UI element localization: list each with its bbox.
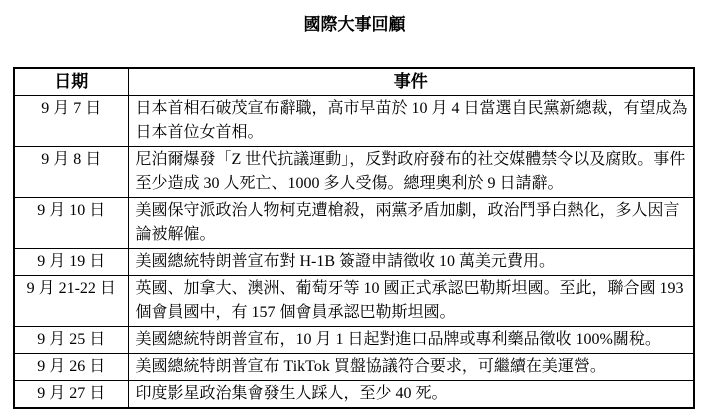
event-description: 尼泊爾爆發「Z 世代抗議運動」，反對政府發布的社交媒體禁令以及腐敗。事件至少造成… [128, 147, 694, 198]
header-row: 日期 事件 [14, 68, 694, 96]
table-row: 9 月 19 日 美國總統特朗普宣布對 H-1B 簽證申請徵收 10 萬美元費用… [14, 249, 694, 276]
event-date: 9 月 26 日 [14, 354, 128, 381]
table-row: 9 月 25 日 美國總統特朗普宣布，10 月 1 日起對進口品牌或專利藥品徵收… [14, 327, 694, 354]
event-description: 美國總統特朗普宣布，10 月 1 日起對進口品牌或專利藥品徵收 100%關稅。 [128, 327, 694, 354]
event-date: 9 月 8 日 [14, 147, 128, 198]
event-date: 9 月 25 日 [14, 327, 128, 354]
page-title: 國際大事回顧 [0, 0, 709, 35]
table-row: 9 月 7 日 日本首相石破茂宣布辭職，高市早苗於 10 月 4 日當選自民黨新… [14, 96, 694, 147]
table-body: 9 月 7 日 日本首相石破茂宣布辭職，高市早苗於 10 月 4 日當選自民黨新… [14, 96, 694, 409]
event-description: 印度影星政治集會發生人踩人，至少 40 死。 [128, 381, 694, 409]
table-row: 9 月 21-22 日 英國、加拿大、澳洲、葡萄牙等 10 國正式承認巴勒斯坦國… [14, 276, 694, 327]
event-date: 9 月 19 日 [14, 249, 128, 276]
table-header: 日期 事件 [14, 68, 694, 96]
event-description: 日本首相石破茂宣布辭職，高市早苗於 10 月 4 日當選自民黨新總裁，有望成為日… [128, 96, 694, 147]
event-description: 美國總統特朗普宣布對 H-1B 簽證申請徵收 10 萬美元費用。 [128, 249, 694, 276]
event-date: 9 月 27 日 [14, 381, 128, 409]
table-row: 9 月 27 日 印度影星政治集會發生人踩人，至少 40 死。 [14, 381, 694, 409]
event-description: 美國總統特朗普宣布 TikTok 買盤協議符合要求，可繼續在美運營。 [128, 354, 694, 381]
event-date: 9 月 10 日 [14, 198, 128, 249]
events-table: 日期 事件 9 月 7 日 日本首相石破茂宣布辭職，高市早苗於 10 月 4 日… [13, 67, 695, 409]
event-date: 9 月 21-22 日 [14, 276, 128, 327]
column-header-date: 日期 [14, 68, 128, 96]
event-date: 9 月 7 日 [14, 96, 128, 147]
table-row: 9 月 10 日 美國保守派政治人物柯克遭槍殺，兩黨矛盾加劇，政治鬥爭白熱化，多… [14, 198, 694, 249]
table-row: 9 月 8 日 尼泊爾爆發「Z 世代抗議運動」，反對政府發布的社交媒體禁令以及腐… [14, 147, 694, 198]
event-description: 美國保守派政治人物柯克遭槍殺，兩黨矛盾加劇，政治鬥爭白熱化，多人因言論被解僱。 [128, 198, 694, 249]
table-row: 9 月 26 日 美國總統特朗普宣布 TikTok 買盤協議符合要求，可繼續在美… [14, 354, 694, 381]
column-header-event: 事件 [128, 68, 694, 96]
event-description: 英國、加拿大、澳洲、葡萄牙等 10 國正式承認巴勒斯坦國。至此，聯合國 193 … [128, 276, 694, 327]
